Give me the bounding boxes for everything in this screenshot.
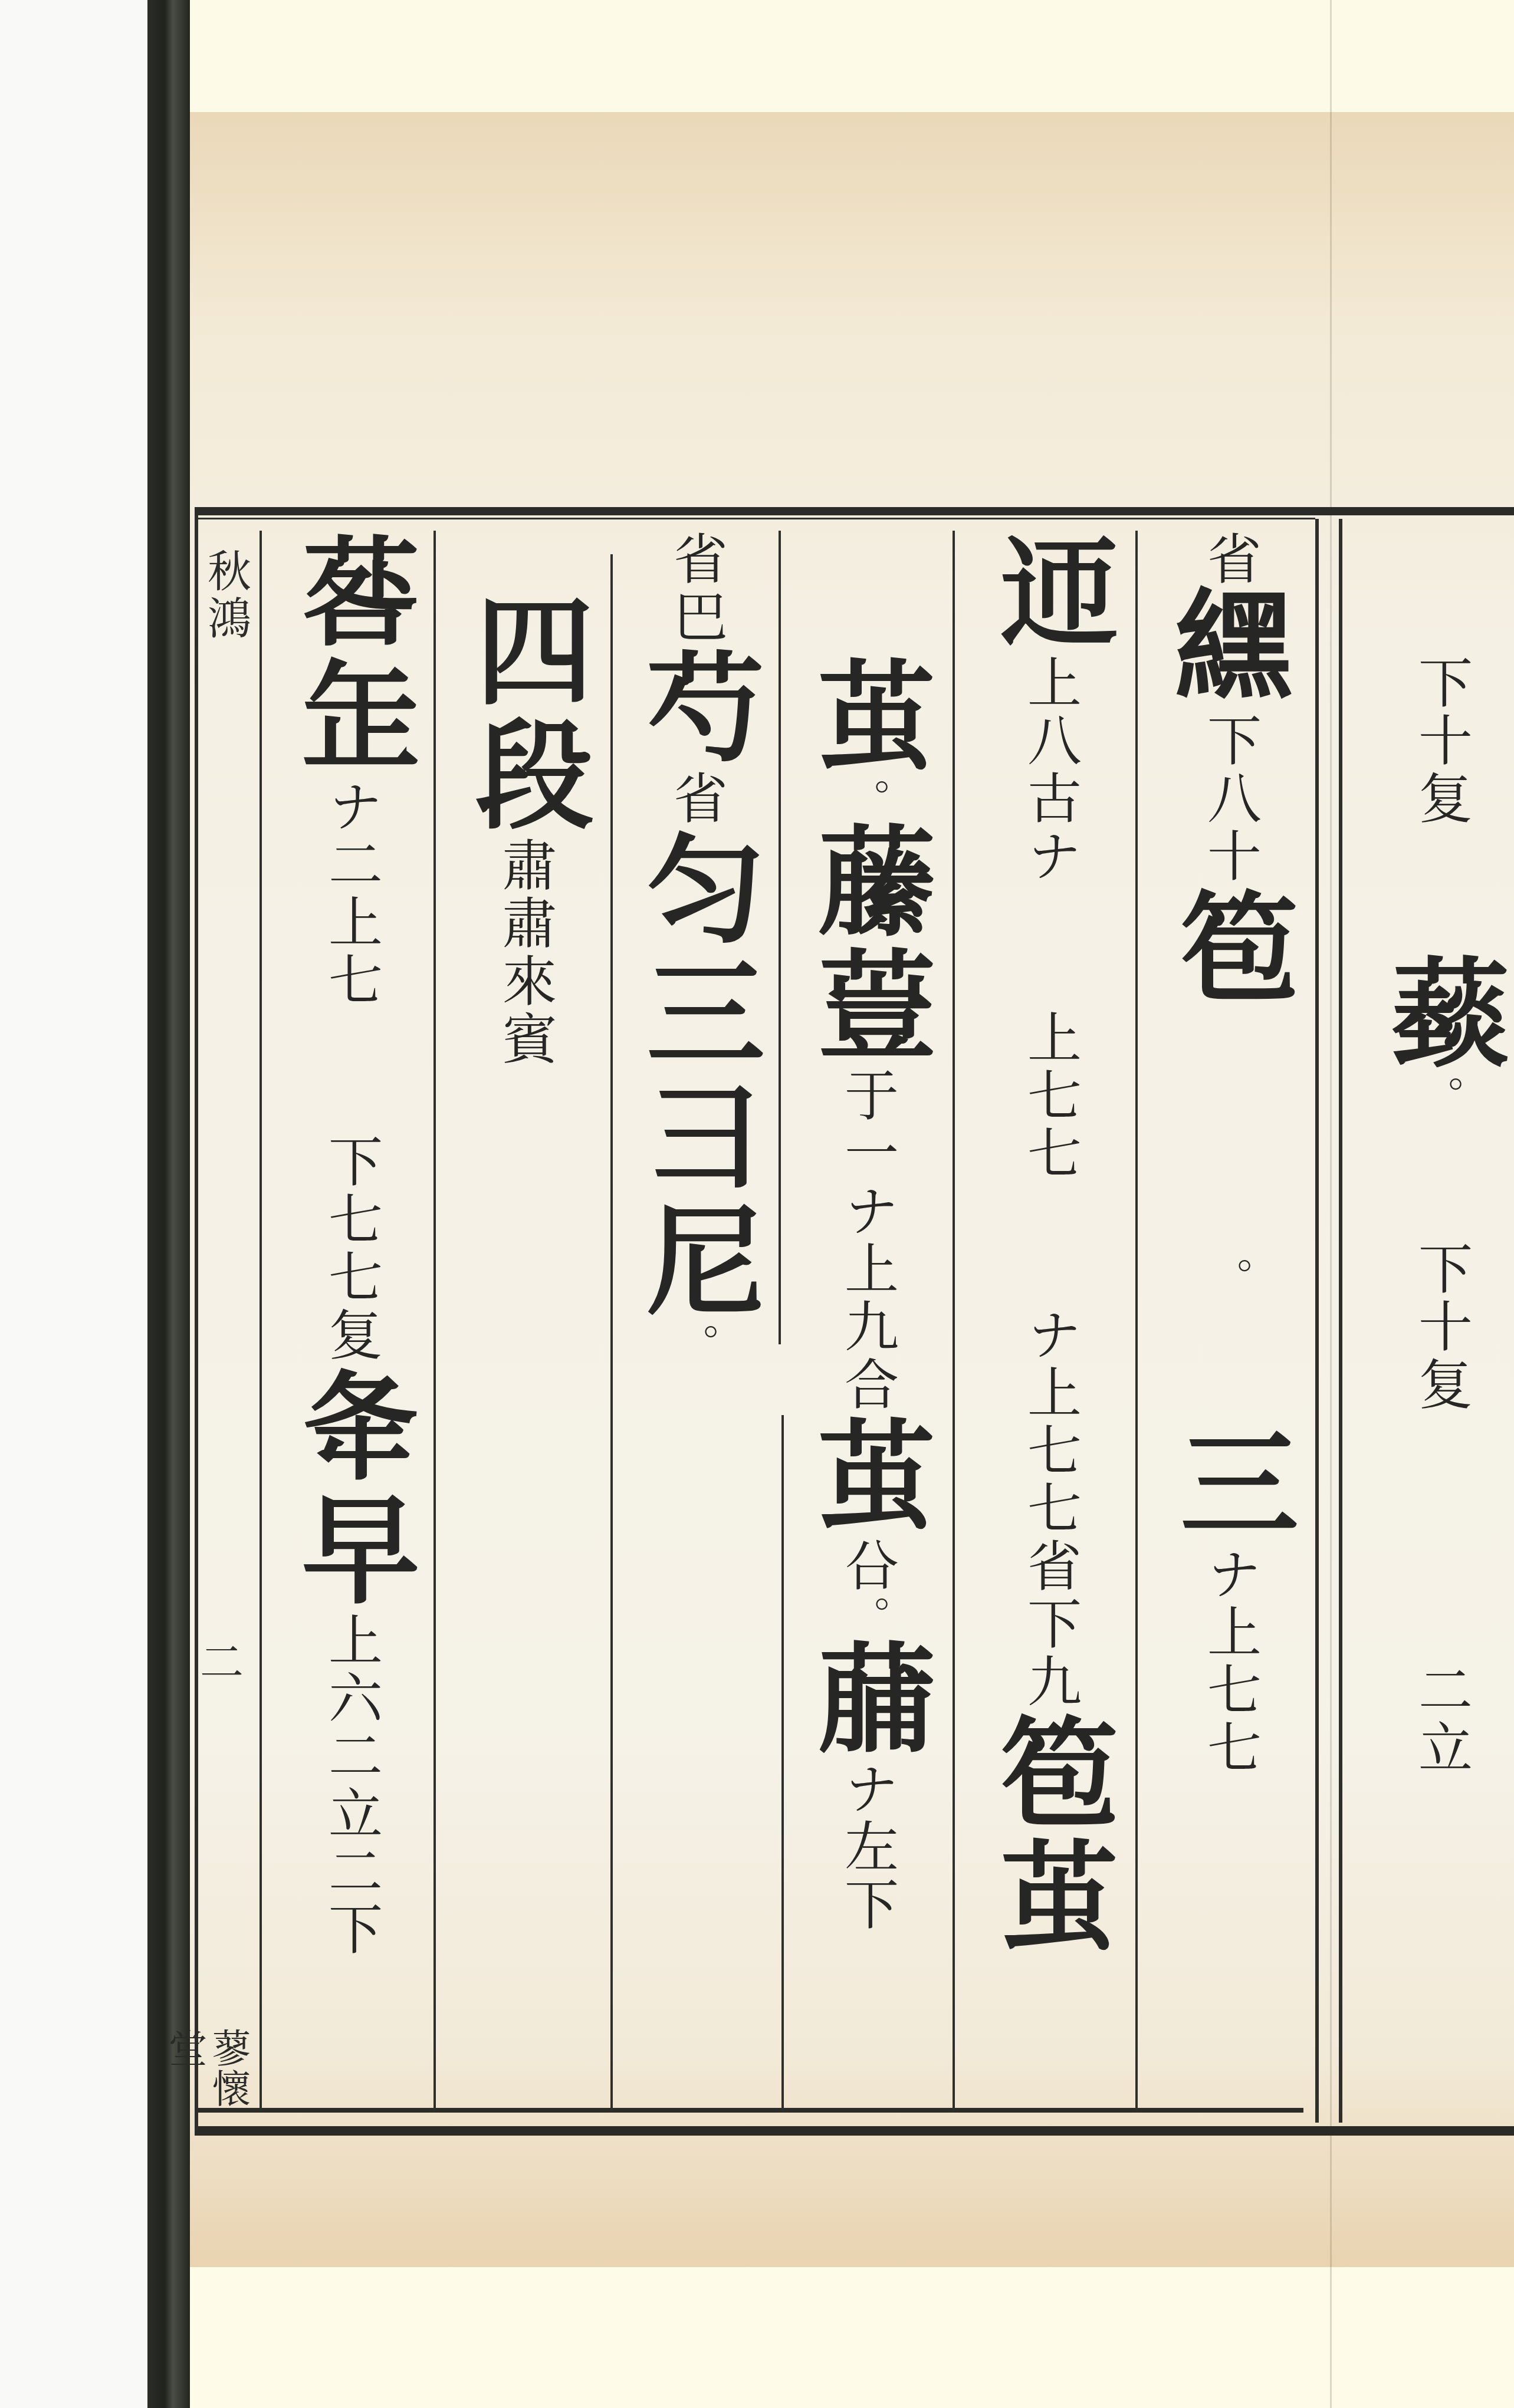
tab-chord: 三 [1161, 1422, 1299, 1546]
tab-annotation: 上六二立二下 [320, 1612, 383, 1959]
tab-chord: 𦄿 [1161, 588, 1299, 712]
cover-bottom-blank [190, 2267, 1514, 2408]
studio-name: 蓼懷堂 [202, 2028, 249, 2111]
column-rule [781, 1415, 784, 2111]
tab-chord: 笣 [1161, 886, 1299, 1009]
section-heading-column: 四段肅肅來賓 [448, 590, 602, 2158]
tab-annotation: ナ二上七 [320, 778, 383, 1009]
tablature-column-3: 𠣜茧。䕨䔇于一ナ上九合茧㕣。䔕ナ左下 [790, 531, 944, 2099]
tab-chord: 芍 [627, 646, 766, 770]
tablature-column-6: 䓘𦈢ナ二上七𥫽下七七复夅早上六二立二下 [268, 531, 428, 2099]
tab-annotation: ナ上七七省下九 [1019, 1307, 1082, 1711]
tab-chord: 匀 [627, 828, 766, 952]
tab-chord: 𢂁 [1161, 1133, 1299, 1257]
adjacent-tablature-column: 𨌐下十复𦼩䕭。𥫽下十复𨰶𥫽二立 [1346, 531, 1514, 2111]
tablature-column-1: 省𦄿下八十笣𨰶𢂁。𩀆三ナ上七七𦒱𤆀 [1147, 531, 1306, 2099]
tab-chord: 𦈢 [282, 654, 421, 778]
tab-chord: 茧 [798, 654, 937, 778]
column-rule [953, 531, 955, 2111]
tab-chord: 䕭 [1372, 952, 1510, 1075]
column-rule [433, 531, 436, 2111]
adjacent-page-partial: 𨌐下十复𦼩䕭。𥫽下十复𨰶𥫽二立 [1332, 507, 1514, 2134]
phrase-mark: 。 [672, 1323, 720, 1364]
tab-chord: 尼 [627, 1199, 766, 1323]
tablature-column-4: 省巴芍省匀三彐尼。 [619, 531, 773, 2099]
tab-chord: 茧 [798, 1414, 937, 1538]
piece-title: 秋鴻 [202, 548, 249, 643]
tab-chord: 𥫽 [1372, 1117, 1510, 1241]
column-rule [779, 531, 781, 1344]
tab-chord: 夅 [282, 1364, 421, 1488]
tab-chord: 𨰶 [1372, 1414, 1510, 1538]
frame-top-border [195, 507, 1514, 515]
tab-chord: 䔕 [798, 1637, 937, 1761]
frame-bottom-outer-border [195, 2126, 1514, 2136]
tab-annotation: ナ上七七 [1198, 1546, 1262, 1777]
tab-annotation: 二立 [1410, 1662, 1473, 1777]
tab-annotation: 上七七 [1019, 1009, 1082, 1183]
column-rule [1315, 519, 1319, 2123]
tab-annotation: ナ左下 [836, 1761, 899, 1934]
tab-chord: 𥫽 [981, 886, 1119, 1009]
phrase-mark: 。 [843, 1596, 891, 1637]
tab-annotation: 于一ナ上九合 [836, 1067, 899, 1414]
tab-annotation: 省巴 [665, 531, 728, 646]
frame-inner-top-border [195, 518, 1315, 519]
page-number: 二 [202, 1639, 249, 1683]
column-rule [1135, 531, 1138, 2111]
phrase-mark: 。 [843, 778, 891, 820]
cover-top-blank [190, 0, 1514, 112]
section-number: 四 [456, 590, 595, 713]
tab-chord: 䕨 [798, 820, 937, 943]
tab-annotation: 下七七复 [320, 1133, 383, 1364]
tab-chord: 𩀆 [981, 1183, 1119, 1307]
scan-left-margin [0, 0, 147, 2408]
tab-chord: 三 [627, 952, 766, 1075]
tab-chord: 早 [282, 1488, 421, 1612]
section-subtitle: 肅肅來賓 [494, 837, 557, 1068]
tab-chord: 𠣜 [798, 531, 937, 654]
tab-annotation: 省 [665, 770, 728, 828]
tab-annotation: 㕣 [836, 1538, 899, 1596]
tab-chord: 𨌐 [1372, 531, 1510, 654]
tab-chord: 𥫽 [282, 1009, 421, 1133]
tab-annotation: 下八十 [1198, 712, 1262, 886]
tab-chord: 䔇 [798, 943, 937, 1067]
tab-chord: 迊 [981, 531, 1119, 654]
column-rule [260, 531, 262, 2111]
column-rule [610, 554, 613, 2111]
tab-chord: 茧 [981, 1835, 1119, 1959]
tab-chord: 𦒱 [1161, 1777, 1299, 1901]
tab-annotation: 下十复 [1410, 1241, 1473, 1414]
tab-chord: 𦼩 [1372, 828, 1510, 952]
section-label: 段 [456, 713, 595, 837]
tab-chord: 彐 [627, 1075, 766, 1199]
banxin-center-label: 秋鴻 二 蓼懷堂 [198, 531, 257, 2111]
tab-chord: 䓘 [282, 531, 421, 654]
tab-chord: 笣 [981, 1711, 1119, 1835]
phrase-mark: 。 [1206, 1257, 1254, 1298]
phrase-mark: 。 [1417, 1075, 1465, 1117]
tab-annotation: 下十复 [1410, 654, 1473, 828]
tab-annotation: 上八古ナ [1019, 654, 1082, 886]
tablature-column-2: 迊上八古ナ𥫽上七七𩀆ナ上七七省下九笣茧 [967, 531, 1127, 2099]
tab-chord: 𤆀 [1161, 1901, 1299, 2025]
tab-chord: 𩀆 [1161, 1298, 1299, 1422]
tab-annotation: 省 [1198, 531, 1262, 588]
tab-chord: 𨰶 [1161, 1009, 1299, 1133]
tab-chord: 𥫽 [1372, 1538, 1510, 1662]
